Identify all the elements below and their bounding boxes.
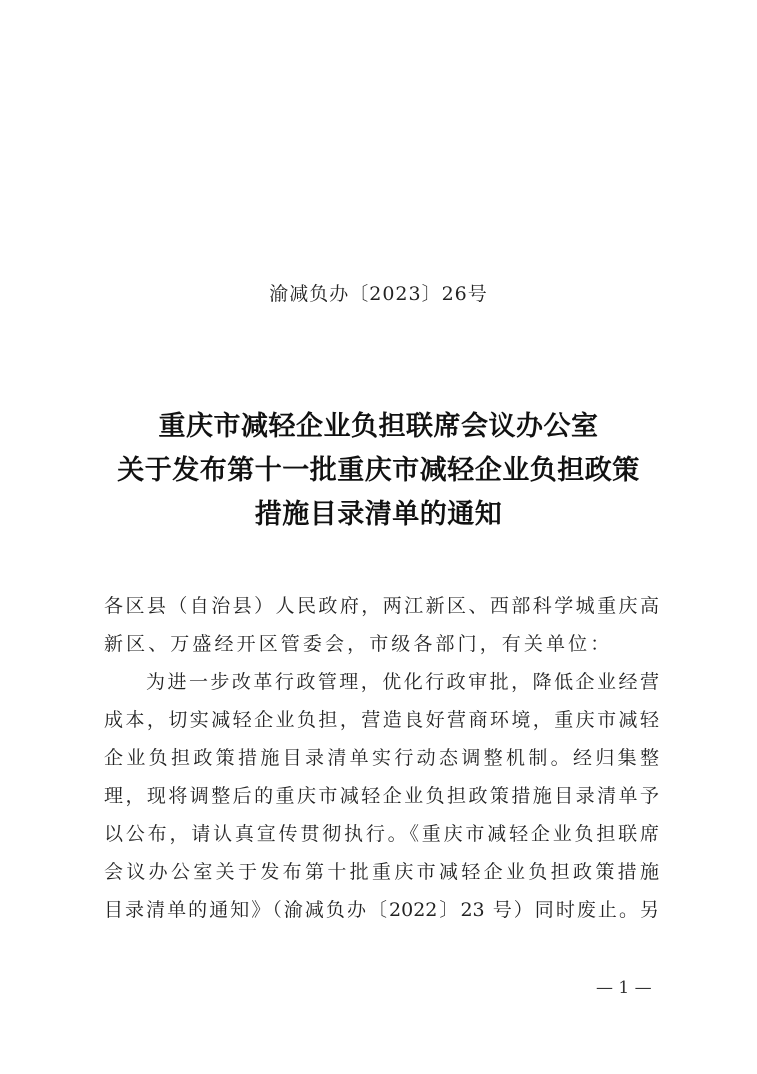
document-page: 渝减负办〔2023〕26号 重庆市减轻企业负担联席会议办公室 关于发布第十一批重… xyxy=(0,0,757,1074)
document-title-line-3: 措施目录清单的通知 xyxy=(0,498,757,532)
body-paragraph-line-4: 理，现将调整后的重庆市减轻企业负担政策措施目录清单予 xyxy=(104,783,659,809)
body-paragraph-line-5: 以公布，请认真宣传贯彻执行。《重庆市减轻企业负担联席 xyxy=(104,821,659,847)
body-paragraph-line-7: 目录清单的通知》（渝减负办〔2022〕23 号）同时废止。另 xyxy=(104,897,659,923)
document-number: 渝减负办〔2023〕26号 xyxy=(0,281,757,307)
body-paragraph-line-1: 为进一步改革行政管理，优化行政审批，降低企业经营 xyxy=(146,669,659,695)
document-title-line-1: 重庆市减轻企业负担联席会议办公室 xyxy=(0,410,757,444)
body-paragraph-line-2: 成本，切实减轻企业负担，营造良好营商环境，重庆市减轻 xyxy=(104,707,659,733)
salutation-line-2: 新区、万盛经开区管委会，市级各部门，有关单位： xyxy=(104,631,659,657)
page-number: — 1 — xyxy=(596,976,652,1000)
document-title-line-2: 关于发布第十一批重庆市减轻企业负担政策 xyxy=(0,454,757,488)
body-paragraph-line-6: 会议办公室关于发布第十批重庆市减轻企业负担政策措施 xyxy=(104,859,659,885)
salutation-line-1: 各区县（自治县）人民政府，两江新区、西部科学城重庆高 xyxy=(104,593,659,619)
body-paragraph-line-3: 企业负担政策措施目录清单实行动态调整机制。经归集整 xyxy=(104,745,659,771)
